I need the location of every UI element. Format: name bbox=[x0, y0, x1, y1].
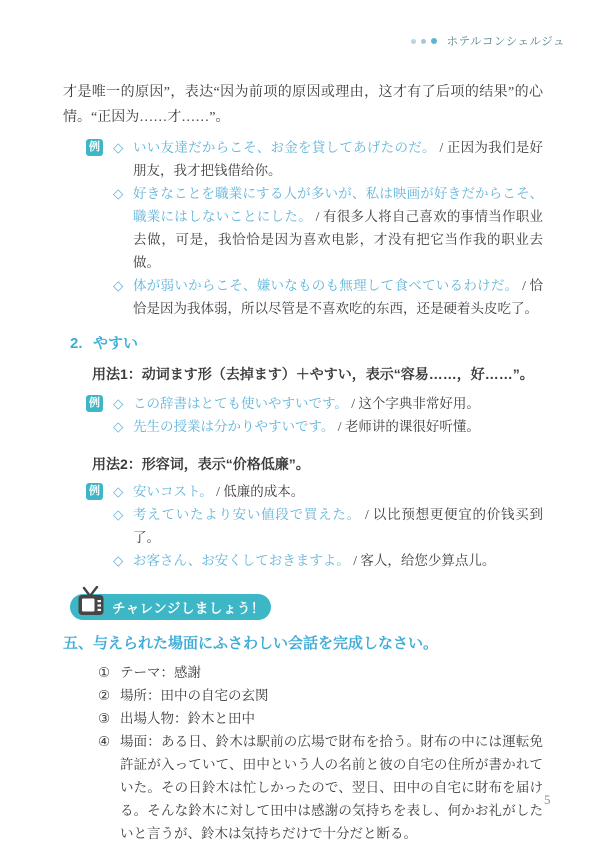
list-item: ② 場所：田中の自宅の玄関 bbox=[98, 684, 543, 707]
example-row: ◇ お客さん、お安くしておきますよ。 / 客人，给您少算点儿。 bbox=[113, 549, 543, 572]
example-row: ◇ 先生の授業は分かりやすいです。 / 老师讲的课很好听懂。 bbox=[113, 415, 543, 438]
example-sentence: いい友達だからこそ、お金を貸してあげたのだ。 / 正因为我们是好朋友，我才把钱借… bbox=[133, 136, 543, 182]
example-sentence: 先生の授業は分かりやすいです。 / 老师讲的课很好听懂。 bbox=[133, 415, 543, 438]
item-number: ① bbox=[98, 661, 120, 684]
chinese-translation: / 低廉的成本。 bbox=[216, 484, 304, 499]
diamond-bullet-icon: ◇ bbox=[113, 392, 133, 415]
textbook-page: ホテルコンシェルジュ 才是唯一的原因”，表达“因为前项的原因或理由，这才有了后项… bbox=[0, 0, 603, 843]
example-badge: 例 bbox=[86, 483, 103, 500]
item-text: 場面：ある日、鈴木は駅前の広場で財布を拾う。財布の中には運転免許証が入っていて、… bbox=[120, 730, 543, 843]
example-sentence: 体が弱いからこそ、嫌いなものも無理して食べているわけだ。 / 恰恰是因为我体弱，… bbox=[133, 274, 543, 320]
challenge-banner: チャレンジしましょう！ bbox=[70, 594, 271, 620]
page-content: 才是唯一的原因”，表达“因为前项的原因或理由，这才有了后项的结果”的心情。“正因… bbox=[63, 0, 543, 843]
example-sentence: お客さん、お安くしておきますよ。 / 客人，给您少算点儿。 bbox=[133, 549, 543, 572]
japanese-sentence: この辞書はとても使いやすいです。 bbox=[133, 396, 348, 411]
section-2-heading: 2. やすい bbox=[70, 333, 543, 354]
example-block-1: 例 ◇ いい友達だからこそ、お金を貸してあげたのだ。 / 正因为我们是好朋友，我… bbox=[63, 136, 543, 320]
item-text: テーマ：感謝 bbox=[120, 661, 543, 684]
exercise-5-heading: 五、与えられた場面にふさわしい会話を完成しなさい。 bbox=[63, 633, 543, 654]
example-sentence: 好きなことを職業にする人が多いが、私は映画が好きだからこそ、職業にはしないことに… bbox=[133, 182, 543, 274]
example-block-3: 例 ◇ 安いコスト。 / 低廉的成本。 ◇ 考えていたより安い値段で買えた。 /… bbox=[63, 480, 543, 572]
example-row: ◇ 好きなことを職業にする人が多いが、私は映画が好きだからこそ、職業にはしないこ… bbox=[113, 182, 543, 274]
diamond-bullet-icon: ◇ bbox=[113, 415, 133, 438]
diamond-bullet-icon: ◇ bbox=[113, 182, 133, 274]
chinese-translation: / 老师讲的课很好听懂。 bbox=[338, 419, 480, 434]
example-block-2: 例 ◇ この辞書はとても使いやすいです。 / 这个字典非常好用。 ◇ 先生の授業… bbox=[63, 392, 543, 438]
diamond-bullet-icon: ◇ bbox=[113, 503, 133, 549]
example-row: ◇ この辞書はとても使いやすいです。 / 这个字典非常好用。 bbox=[113, 392, 543, 415]
japanese-sentence: 先生の授業は分かりやすいです。 bbox=[133, 419, 334, 434]
diamond-bullet-icon: ◇ bbox=[113, 480, 133, 503]
item-number: ③ bbox=[98, 707, 120, 730]
item-text: 出場人物：鈴木と田中 bbox=[120, 707, 543, 730]
example-sentence: 考えていたより安い値段で買えた。 / 以比预想更便宜的价钱买到了。 bbox=[133, 503, 543, 549]
diamond-bullet-icon: ◇ bbox=[113, 549, 133, 572]
list-item: ① テーマ：感謝 bbox=[98, 661, 543, 684]
exercise-item-list: ① テーマ：感謝 ② 場所：田中の自宅の玄関 ③ 出場人物：鈴木と田中 ④ 場面… bbox=[98, 661, 543, 843]
tv-icon bbox=[76, 586, 106, 618]
list-item: ④ 場面：ある日、鈴木は駅前の広場で財布を拾う。財布の中には運転免許証が入ってい… bbox=[98, 730, 543, 843]
example-badge: 例 bbox=[86, 139, 103, 156]
section-number: 2. bbox=[70, 333, 93, 354]
item-number: ② bbox=[98, 684, 120, 707]
example-badge: 例 bbox=[86, 395, 103, 412]
chinese-translation: / 这个字典非常好用。 bbox=[351, 396, 480, 411]
japanese-sentence: 考えていたより安い値段で買えた。 bbox=[133, 507, 361, 522]
japanese-sentence: お客さん、お安くしておきますよ。 bbox=[133, 553, 350, 568]
japanese-sentence: 体が弱いからこそ、嫌いなものも無理して食べているわけだ。 bbox=[133, 278, 518, 293]
usage-1-label: 用法1：动词ます形（去掉ます）＋やすい，表示“容易……，好……”。 bbox=[92, 363, 543, 386]
example-row: ◇ 安いコスト。 / 低廉的成本。 bbox=[113, 480, 543, 503]
example-sentence: この辞書はとても使いやすいです。 / 这个字典非常好用。 bbox=[133, 392, 543, 415]
page-number: 5 bbox=[544, 792, 551, 808]
japanese-sentence: いい友達だからこそ、お金を貸してあげたのだ。 bbox=[133, 140, 436, 155]
diamond-bullet-icon: ◇ bbox=[113, 274, 133, 320]
example-sentence: 安いコスト。 / 低廉的成本。 bbox=[133, 480, 543, 503]
chinese-translation: / 客人，给您少算点儿。 bbox=[353, 553, 495, 568]
usage-2-label: 用法2：形容词，表示“价格低廉”。 bbox=[92, 453, 543, 476]
challenge-banner-label: チャレンジしましょう！ bbox=[112, 597, 265, 617]
section-title: やすい bbox=[93, 333, 138, 354]
intro-paragraph: 才是唯一的原因”，表达“因为前项的原因或理由，这才有了后项的结果”的心情。“正因… bbox=[63, 80, 543, 130]
list-item: ③ 出場人物：鈴木と田中 bbox=[98, 707, 543, 730]
diamond-bullet-icon: ◇ bbox=[113, 136, 133, 182]
example-row: ◇ 考えていたより安い値段で買えた。 / 以比预想更便宜的价钱买到了。 bbox=[113, 503, 543, 549]
example-row: ◇ いい友達だからこそ、お金を貸してあげたのだ。 / 正因为我们是好朋友，我才把… bbox=[113, 136, 543, 182]
example-row: ◇ 体が弱いからこそ、嫌いなものも無理して食べているわけだ。 / 恰恰是因为我体… bbox=[113, 274, 543, 320]
japanese-sentence: 安いコスト。 bbox=[133, 484, 213, 499]
item-text: 場所：田中の自宅の玄関 bbox=[120, 684, 543, 707]
item-number: ④ bbox=[98, 730, 120, 843]
